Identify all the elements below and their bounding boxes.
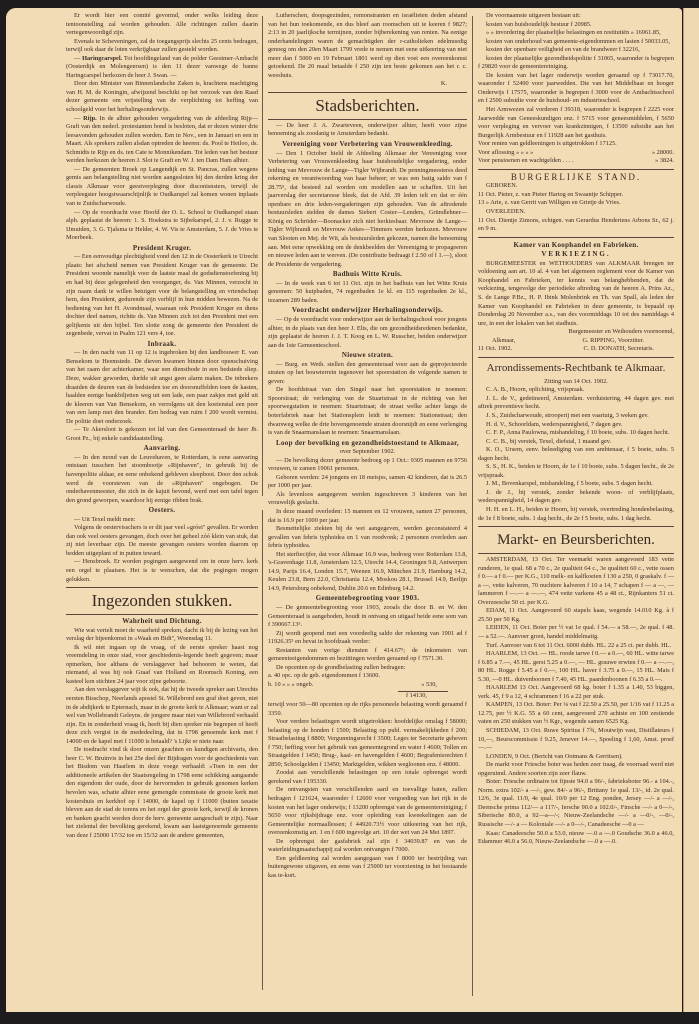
column-1: Er wordt hier een comité gevormd, onder … [66, 12, 258, 840]
notice-subheading: VERKIEZING. [478, 250, 674, 259]
market-report: LONDEN, 9 Oct. (Bericht van Ootmans & Ge… [478, 753, 674, 762]
market-report: HAARLEM 13 Oct. Aangevoerd 68 kg. boter … [478, 684, 674, 701]
paragraph: Besmettelijke ziekten bij de wet aangege… [268, 525, 467, 551]
session-date: Zitting van 14 Oct. 1902. [478, 378, 674, 387]
paragraph: — Burg. en Weth. stellen den gemeenteraa… [268, 361, 467, 387]
paragraph: Geboren werden: 24 jongens en 18 meisjes… [268, 474, 467, 491]
section-heading-burgerlijke-stand: BURGERLIJKE STAND. [478, 173, 674, 182]
paragraph: In deze maand overleden: 15 mannen en 12… [268, 508, 467, 525]
paragraph: Voor renten van geldleeningen is uitgetr… [478, 140, 674, 149]
paragraph: — Den 1 October hield de Afdeeling Alkma… [268, 150, 467, 270]
paragraph: — De bevolking dezer gemeente bedroeg op… [268, 457, 467, 474]
market-report: De markt voor Friesche boter was heden z… [478, 761, 674, 778]
budget-line-b: b. 10 » » » ongeb.» 530, [268, 681, 467, 690]
paragraph: Een geldleening zal worden aangegaan van… [268, 855, 467, 881]
verdict: C. C. B., bij verstek, Texel, diefstal, … [478, 438, 674, 447]
registry-entry: 11 Oct. Dientje Zimons, echtgen. van Ger… [478, 217, 674, 234]
expense-line: » » invordering der plaatselijke belasti… [478, 29, 674, 38]
section-heading: Inbraak. [66, 340, 258, 349]
paragraph: Door den Minister van Binnenlandsche Zak… [66, 80, 258, 114]
expense-line: kosten der plaatselijke gezondheidspolit… [478, 55, 674, 72]
budget-line-a: a. 40 opc. op de geb. eigendommen f 1360… [268, 672, 467, 681]
paragraph: Als levenloos aangegeven werden ingeschr… [268, 491, 467, 508]
article-heading: Wahrheit und Dichtung. [66, 617, 258, 626]
section-heading: Voordracht onderwijzer Herhalingsonderwi… [268, 306, 467, 315]
verdict: J. M., Bovenkarspel, mishandeling, f 5 b… [478, 480, 674, 489]
expense-row-pensioenen: Voor pensioenen en wachtgelden . . . .» … [478, 157, 674, 166]
verdict: H. d. V., Schoorldam, wederspannigheid, … [478, 421, 674, 430]
signature: K. [268, 80, 467, 89]
section-title-rechtbank: Arrondissements-Rechtbank te Alkmaar. [478, 357, 674, 375]
verdict: S. S., H. K., beiden te Hoorn, de 1e f 1… [478, 463, 674, 480]
paragraph: — In de week van 6 tot 11 Oct. zijn in h… [268, 280, 467, 306]
section-heading: Nieuwe straten. [268, 351, 467, 360]
section-heading: Aanvaring. [66, 444, 258, 453]
next-page-edge [683, 8, 699, 1012]
item-heading: Haringcarspel. [82, 55, 122, 62]
market-report: LEIDEN, 11 Oct. Boter per ½ vat 1e qual.… [478, 624, 674, 641]
market-report: AMSTERDAM, 13 Oct. Ter veemarkt waren aa… [478, 556, 674, 607]
verdict: J. S., Zuidscharwoude, strooperij met ee… [478, 412, 674, 421]
market-report: Kaas: Canadeesche 50.0 a 53.0, nieuw —.0… [478, 830, 674, 847]
paragraph: Er wordt hier een comité gevormd, onder … [66, 12, 258, 38]
paragraph: BURGEMEESTER en WETHOUDERS van ALKMAAR b… [478, 260, 674, 328]
registry-entry: 11 Oct. Pieter, z. van Pieter Hartog en … [478, 191, 674, 200]
market-report: KAMPEN, 13 Oct. Boter: Per ⅛ vat f 22.50… [478, 701, 674, 727]
column-3: De voornaamste uitgaven bestaan uit: kos… [478, 12, 674, 847]
paragraph: De kosten van het lager onderwijs worden… [478, 72, 674, 106]
paragraph: Aan den verslaggever wijt ik ook, dat hi… [66, 686, 258, 746]
registry-entry: 13 » Arie, z. van Gerrit van Willigen en… [478, 199, 674, 208]
column-rule [472, 16, 473, 996]
paragraph: Wie wat vertelt moet de waarheid spreken… [66, 627, 258, 644]
news-item-rijp: — Rijp. In de alhier gehouden vergaderin… [66, 115, 258, 166]
paragraph: — Een eenvoudige plechtigheid vond den 1… [66, 253, 258, 338]
verdict: H. H. en L. H., beiden te Hoorn, bij ver… [478, 506, 674, 523]
section-heading: Badhuis Witte Kruis. [268, 270, 467, 279]
paragraph: Volgens de oestervisschers is er dit jaa… [66, 524, 258, 558]
signature-row: Alkmaar,G. RIPPING, Voorzitter. [478, 337, 674, 346]
market-report: Turf. Aanvoer van 6 tot 11 Oct. 6000 dub… [478, 642, 674, 651]
paragraph: De opcenten op de grondbelasting zullen … [268, 664, 467, 673]
verdict: C. A. B., Hoorn, oplichting, vrijspraak. [478, 386, 674, 395]
paragraph: — De gemeentebegrooting voor 1903, zooal… [268, 604, 467, 630]
section-title-markt: Markt- en Beursberichten. [478, 526, 674, 554]
news-item-broek: — De gemeenten Broek op Langendijk en St… [66, 166, 258, 209]
paragraph: — De heer J. A. Zwarteveen, onderwijzer … [268, 122, 467, 139]
paragraph: terwijl voor 50—80 opcenten op de rijks … [268, 701, 467, 718]
expense-line: kosten van onderhoud van gemeente-eigend… [478, 38, 674, 47]
section-heading: Oesters. [66, 506, 258, 515]
paragraph: Lutherschen, doopsgezinden, remonstrante… [268, 12, 467, 80]
market-report: EDAM, 11 Oct. Aangevoerd 60 stapels kaas… [478, 607, 674, 624]
section-heading: President Kruger. [66, 244, 258, 253]
paragraph: Zoodat aan verschillende belastingen op … [268, 769, 467, 786]
section-title-stadsberichten: Stadsberichten. [268, 92, 467, 120]
section-heading: Gemeentebegrooting voor 1903. [268, 594, 467, 603]
market-report: HAARLEM, 13 Oct. — HL. roode tarwe f 0.—… [478, 650, 674, 684]
budget-total: f 14130, [268, 692, 467, 701]
paragraph: — In den nacht van 11 op 12 is ingebroke… [66, 349, 258, 426]
paragraph: Voor verdere belastingen wordt uitgetrok… [268, 718, 467, 769]
expense-line: kosten van huishoudelijk bestuur f 20985… [478, 21, 674, 30]
paragraph: De hoofdstraat van den Singel naar het s… [268, 386, 467, 437]
paragraph: Het Armwezen zal vorderen f 39318, waaro… [478, 106, 674, 140]
verdict: C. F. P., Anna Paulowna, mishandeling, f… [478, 429, 674, 438]
section-subheading: over September 1902. [268, 448, 467, 457]
column-rule [262, 510, 263, 990]
paragraph: De voornaamste uitgaven bestaan uit: [478, 12, 674, 21]
paragraph: Zij wordt geopend met een voordeelig sal… [268, 630, 467, 647]
expense-line: kosten der openbare veiligheid en van de… [478, 46, 674, 55]
paragraph: De ontvangsten van verschillenden aard e… [268, 786, 467, 837]
section-title-ingezonden: Ingezonden stukken. [66, 587, 258, 615]
column-rule [262, 16, 263, 496]
signature-title: Burgemeester en Wethouders voornoemd, [478, 328, 674, 337]
paragraph: De opbrengst der gasfabriek zal zijn f 3… [268, 838, 467, 855]
verdict: J. de J., bij verstek, zonder bekende wo… [478, 489, 674, 506]
paragraph: Ik wil niet ingaan op de vraag, of de ee… [66, 644, 258, 687]
item-heading: Rijp. [83, 115, 96, 122]
paragraph: — In den mond van de Leuvehaven, te Rott… [66, 454, 258, 505]
paragraph: Evenals te Scheveningen, zal de toegangs… [66, 38, 258, 55]
expense-row-aflossing: Voor aflossing » » » »» 28000. [478, 149, 674, 158]
paragraph: — Uit Texel meldt men: [66, 516, 258, 525]
signature-row: 11 Oct. 1902.C. D. DONATH, Secretaris. [478, 345, 674, 354]
paragraph: — Op de voordracht voor onderwijzer aan … [268, 316, 467, 350]
scan-background [0, 1012, 699, 1024]
paragraph: Het sterftecijfer, dat voor Alkmaar 16.9… [268, 551, 467, 594]
market-report: SCHIEDAM, 13 Oct. Ruwe Spiritus f 7¾, Mo… [478, 727, 674, 753]
subheading: OVERLEDEN. [478, 208, 674, 217]
section-heading: Vereeniging voor Verbetering van Vrouwen… [268, 140, 467, 149]
paragraph: — Hensbroek. Er worden pogingen aangewen… [66, 558, 258, 584]
notice-heading: Kamer van Koophandel en Fabrieken. [478, 241, 674, 250]
paragraph: Restanten van vorige diensten f 414.67⁵;… [268, 647, 467, 664]
verdict: K. O., Ursem, eenv. beleediging van een … [478, 446, 674, 463]
news-item-oudkarspel: — Op de voordracht voor Hoofd der O. L. … [66, 209, 258, 243]
column-2: Lutherschen, doopsgezinden, remonstrante… [268, 12, 467, 881]
market-report: Boter: Friesche ordinaire tot fijnste 94… [478, 778, 674, 829]
verdict: J. L. de V., gedetineerd, Amsterdam. ver… [478, 395, 674, 412]
news-item-haringcarspel: — Haringcarspel. Tot hoofdingeland van d… [66, 55, 258, 81]
subheading: GEBOREN. [478, 182, 674, 191]
paragraph: — Te Akersloot is gekozen tot lid van de… [66, 426, 258, 443]
section-heading: Loop der bevolking en gezondheidstoestan… [268, 439, 467, 448]
paragraph: De toedracht vind ik door onzen geachten… [66, 746, 258, 840]
